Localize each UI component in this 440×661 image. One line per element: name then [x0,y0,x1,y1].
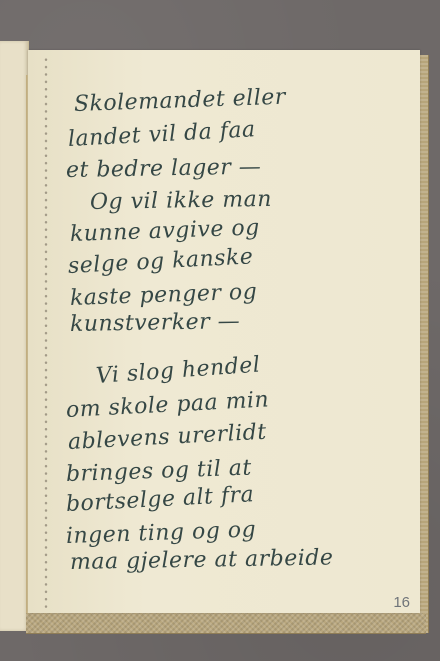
handwritten-line-8: kunstverker — [70,309,241,337]
page-number: 16 [393,594,410,611]
handwritten-line-9: Vi slog hendel [95,353,261,389]
notebook-page: Skolemandet eller landet vil da faa et b… [28,50,420,613]
binding-bottom-edge [26,613,426,634]
handwritten-line-1: Skolemandet eller [74,85,287,117]
handwritten-line-14: ingen ting og og [66,517,257,549]
handwritten-line-10: om skole paa min [65,387,269,423]
handwritten-line-7: kaste penger og [70,279,258,311]
handwritten-line-13: bortselge alt fra [65,482,254,517]
handwritten-line-2: landet vil da faa [67,117,256,152]
handwritten-line-6: selge og kanske [67,244,254,279]
binding-right-edge [420,55,429,633]
handwritten-line-5: kunne avgive og [70,215,261,247]
handwritten-line-3: et bedre lager — [66,155,262,183]
left-page [0,41,29,631]
handwritten-line-11: ablevens urerlidt [67,420,267,455]
handwritten-text: Skolemandet eller landet vil da faa et b… [28,50,420,613]
handwritten-line-15: maa gjelere at arbeide [70,545,334,575]
handwritten-line-12: bringes og til at [66,456,253,487]
handwritten-line-4: Og vil ikke man [90,187,272,215]
